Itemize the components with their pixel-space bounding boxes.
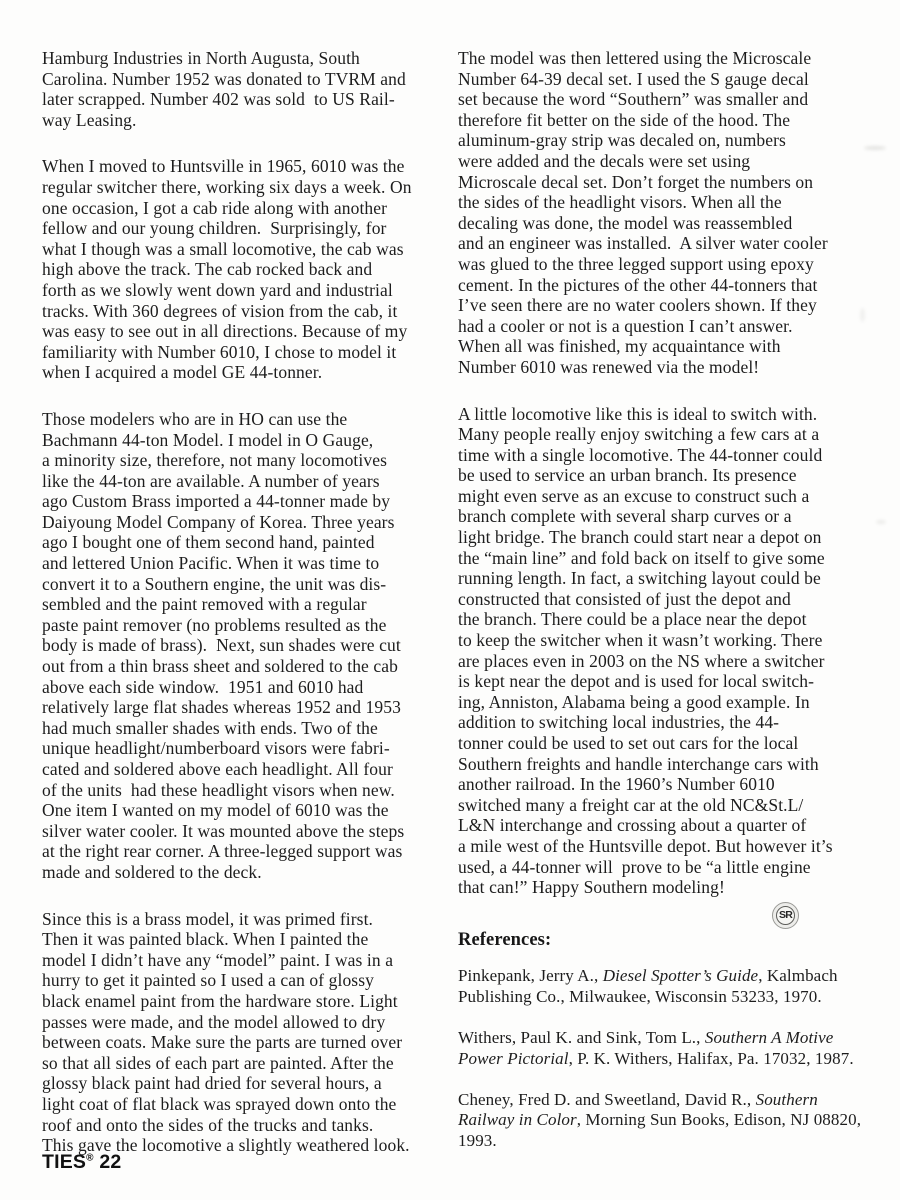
page-number: 22 (99, 1151, 121, 1173)
scan-smudge (864, 146, 886, 150)
reference-withers-sink: Withers, Paul K. and Sink, Tom L., South… (458, 1028, 874, 1069)
paragraph-modelers-in-ho: Those modelers who are in HO can use the… (42, 409, 452, 883)
southern-railway-logo-icon: SR (772, 902, 799, 929)
reference-authors: Withers, Paul K. and Sink, Tom L., (458, 1028, 705, 1047)
reference-book-title: Diesel Spotter’s Guide (603, 966, 759, 985)
paragraph-brass-model-painting: Since this is a brass model, it was prim… (42, 909, 452, 1156)
magazine-title: TIES (42, 1151, 86, 1173)
reference-pinkepank: Pinkepank, Jerry A., Diesel Spotter’s Gu… (458, 966, 874, 1007)
paragraph-switching-layout: A little locomotive like this is ideal t… (458, 404, 874, 898)
sr-logo-row: SR (458, 902, 874, 930)
paragraph-hamburg-industries: Hamburg Industries in North Augusta, Sou… (42, 48, 452, 130)
reference-cheney-sweetland: Cheney, Fred D. and Sweetland, David R.,… (458, 1090, 874, 1152)
scan-smudge (876, 520, 886, 524)
paragraph-decal-lettering: The model was then lettered using the Mi… (458, 48, 874, 378)
scan-smudge (860, 308, 865, 322)
reference-publisher: , P. K. Withers, Halifax, Pa. 17032, 198… (569, 1049, 854, 1068)
references-heading: References: (458, 930, 874, 951)
registered-trademark-symbol: ® (86, 1153, 94, 1164)
reference-authors: Pinkepank, Jerry A., (458, 966, 603, 985)
left-text-column: Hamburg Industries in North Augusta, Sou… (42, 48, 452, 1182)
right-text-column: The model was then lettered using the Mi… (458, 48, 874, 1172)
reference-authors: Cheney, Fred D. and Sweetland, David R., (458, 1090, 756, 1109)
page-footer: TIES® 22 (42, 1151, 121, 1174)
sr-logo-monogram: SR (776, 906, 795, 925)
paragraph-moved-to-huntsville: When I moved to Huntsville in 1965, 6010… (42, 156, 452, 383)
